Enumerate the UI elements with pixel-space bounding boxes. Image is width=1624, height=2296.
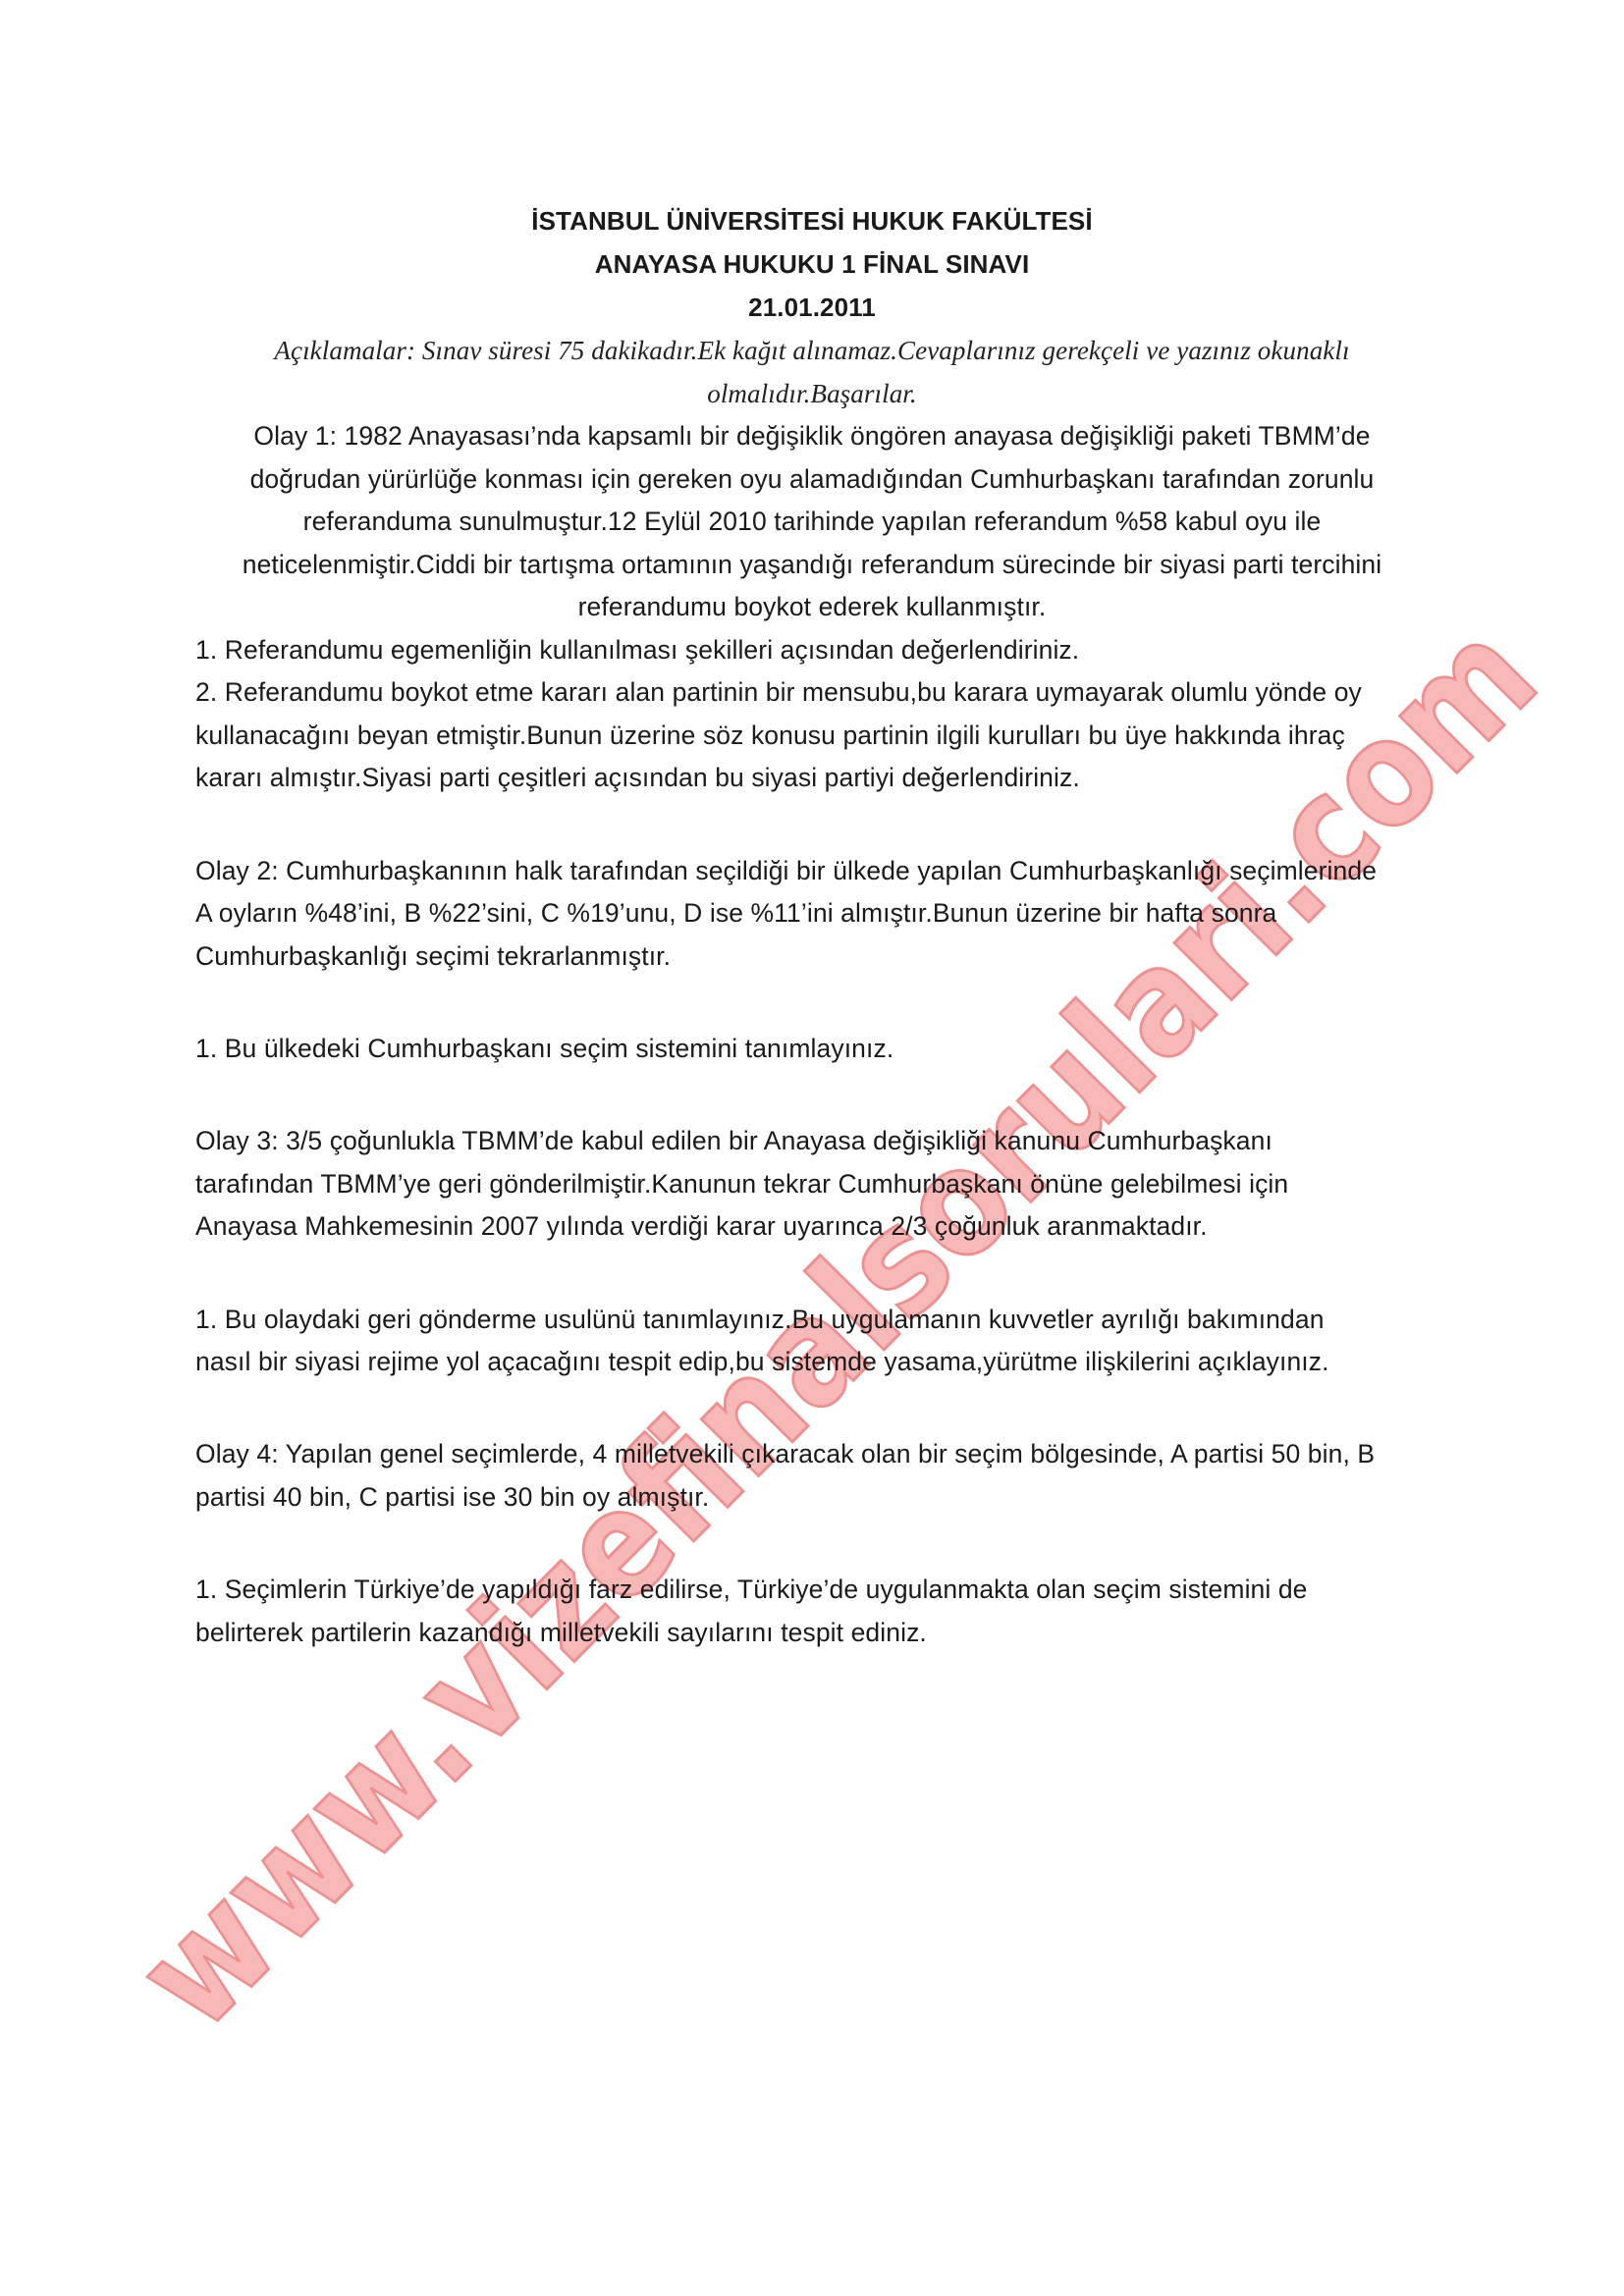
olay1-line-5: referandumu boykot ederek kullanmıştır. xyxy=(0,591,1624,622)
olay1-line-3: referanduma sunulmuştur.12 Eylül 2010 ta… xyxy=(0,506,1624,537)
olay1-question-2-line-2: kullanacağını beyan etmiştir.Bunun üzeri… xyxy=(195,720,1345,751)
exam-page: İSTANBUL ÜNİVERSİTESİ HUKUK FAKÜLTESİ AN… xyxy=(0,0,1624,2296)
exam-date: 21.01.2011 xyxy=(0,292,1624,323)
olay4-question-1-line-2: belirterek partilerin kazandığı milletve… xyxy=(195,1617,927,1648)
olay3-question-1-line-1: 1. Bu olaydaki geri gönderme usulünü tan… xyxy=(195,1304,1325,1335)
olay3-line-1: Olay 3: 3/5 çoğunlukla TBMM’de kabul edi… xyxy=(195,1125,1272,1156)
olay1-question-1: 1. Referandumu egemenliğin kullanılması … xyxy=(195,634,1079,666)
olay4-line-2: partisi 40 bin, C partisi ise 30 bin oy … xyxy=(195,1481,709,1513)
olay1-line-4: neticelenmiştir.Ciddi bir tartışma ortam… xyxy=(0,549,1624,580)
university-title: İSTANBUL ÜNİVERSİTESİ HUKUK FAKÜLTESİ xyxy=(0,205,1624,237)
olay1-line-2: doğrudan yürürlüğe konması için gereken … xyxy=(0,463,1624,495)
instructions-line-2: olmalıdır.Başarılar. xyxy=(0,378,1624,409)
olay3-question-1-line-2: nasıl bir siyasi rejime yol açacağını te… xyxy=(195,1346,1329,1377)
olay2-line-3: Cumhurbaşkanlığı seçimi tekrarlanmıştır. xyxy=(195,940,671,972)
exam-title: ANAYASA HUKUKU 1 FİNAL SINAVI xyxy=(0,248,1624,280)
olay2-line-2: A oyların %48’ini, B %22’sini, C %19’unu… xyxy=(195,897,1276,929)
olay2-line-1: Olay 2: Cumhurbaşkanının halk tarafından… xyxy=(195,855,1377,886)
olay1-question-2-line-3: kararı almıştır.Siyasi parti çeşitleri a… xyxy=(195,762,1080,793)
olay3-line-3: Anayasa Mahkemesinin 2007 yılında verdiğ… xyxy=(195,1210,1208,1242)
olay4-question-1-line-1: 1. Seçimlerin Türkiye’de yapıldığı farz … xyxy=(195,1574,1308,1605)
olay4-line-1: Olay 4: Yapılan genel seçimlerde, 4 mill… xyxy=(195,1438,1375,1469)
olay1-question-2-line-1: 2. Referandumu boykot etme kararı alan p… xyxy=(195,676,1362,708)
instructions-line-1: Açıklamalar: Sınav süresi 75 dakikadır.E… xyxy=(0,335,1624,366)
olay3-line-2: tarafından TBMM’ye geri gönderilmiştir.K… xyxy=(195,1168,1288,1200)
olay2-question-1: 1. Bu ülkedeki Cumhurbaşkanı seçim siste… xyxy=(195,1033,893,1064)
olay1-line-1: Olay 1: 1982 Anayasası’nda kapsamlı bir … xyxy=(0,420,1624,452)
